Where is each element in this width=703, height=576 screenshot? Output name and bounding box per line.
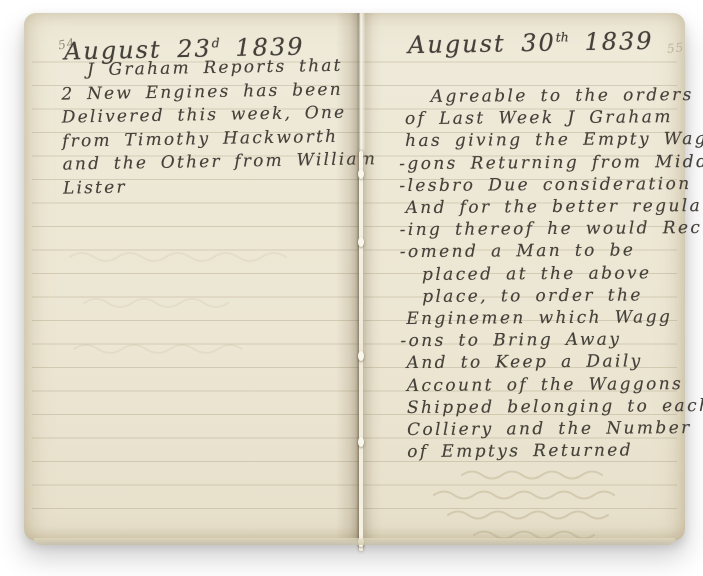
stitch-knot <box>358 537 364 547</box>
manuscript-line: Lister <box>63 172 363 201</box>
manuscript-line: -ons to Bring Away <box>400 328 703 352</box>
manuscript-line: And for the better regulat <box>405 195 703 219</box>
manuscript-line: -ing thereof he would Rec <box>400 217 703 241</box>
manuscript-line: -gons Returning from Midd <box>399 151 703 175</box>
binding-thread <box>359 151 363 551</box>
manuscript-line: Shipped belonging to each <box>407 395 703 419</box>
entry-date-right-year: 1839 <box>584 27 654 56</box>
ordinal-superscript: th <box>556 29 569 44</box>
manuscript-line: of Emptys Returned <box>407 439 703 463</box>
manuscript-line: And to Keep a Daily <box>407 350 703 374</box>
manuscript-line: placed at the above <box>406 262 703 286</box>
stitch-knot <box>358 437 364 447</box>
manuscript-line: Account of the Waggons <box>407 373 703 397</box>
manuscript-line: of Last Week J Graham <box>405 106 703 130</box>
left-page-entry: J Graham Reports that 2 New Engines has … <box>61 54 363 200</box>
manuscript-line: Enginemen which Wagg <box>406 306 703 330</box>
bleed-through-right <box>432 465 682 543</box>
stitch-knot <box>358 351 364 361</box>
manuscript-line: has giving the Empty Wag <box>405 128 703 152</box>
manuscript-line: -omend a Man to be <box>400 239 703 263</box>
entry-date-right: August 30th 1839 <box>408 27 654 59</box>
binding-gutter <box>336 13 382 541</box>
manuscript-line: place, to order the <box>406 284 703 308</box>
entry-date-right-day: August 30 <box>408 29 556 60</box>
manuscript-line: Agreable to the orders <box>405 84 703 108</box>
ordinal-superscript: d <box>211 35 219 50</box>
bleed-through-left <box>64 243 344 363</box>
manuscript-line: Colliery and the Number <box>407 417 703 441</box>
manuscript-line: -lesbro Due consideration <box>399 173 703 197</box>
stitch-knot <box>358 237 364 247</box>
right-page-entry: Agreable to the orders of Last Week J Gr… <box>405 84 703 464</box>
journal-book: 54 55 August 23d 1839 J Graham Reports t… <box>24 13 685 541</box>
stitch-knot <box>358 169 364 179</box>
page-number-right: 55 <box>666 40 685 56</box>
